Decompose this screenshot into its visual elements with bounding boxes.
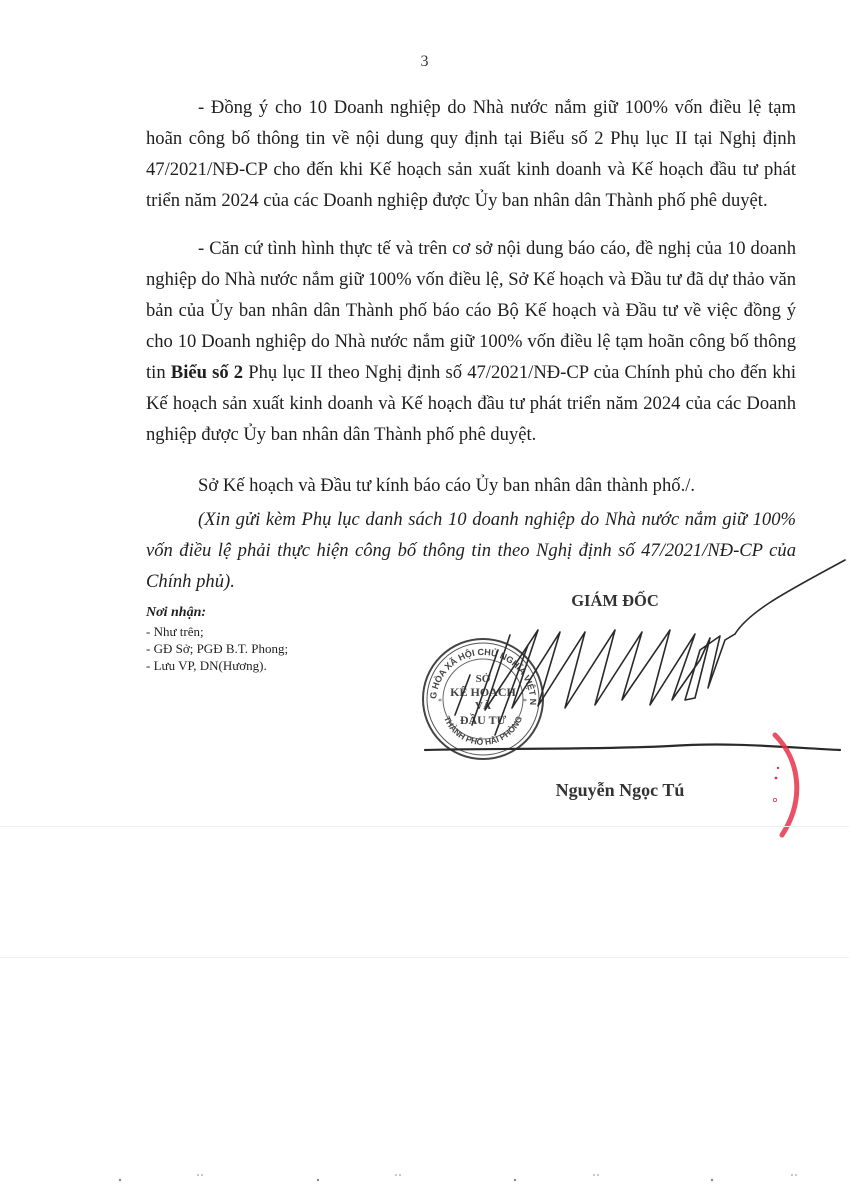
paragraph-report: Sở Kế hoạch và Đầu tư kính báo cáo Ủy ba… <box>146 470 796 501</box>
recipients-title: Nơi nhận: <box>146 604 288 621</box>
recipient-item: - GĐ Sở; PGĐ B.T. Phong; <box>146 640 288 657</box>
paragraph-basis-bold: Biểu số 2 <box>171 362 243 383</box>
paragraph-basis-text-2: Phụ lục II theo Nghị định số 47/2021/NĐ-… <box>146 362 796 445</box>
paragraph-basis: - Căn cứ tình hình thực tế và trên cơ sở… <box>146 233 796 450</box>
paragraph-approval: - Đồng ý cho 10 Doanh nghiệp do Nhà nước… <box>146 92 796 216</box>
scan-artifact-line <box>0 957 849 958</box>
signer-name: Nguyễn Ngọc Tú <box>520 780 720 801</box>
scan-artifact-dots <box>0 1170 849 1190</box>
recipients-block: Nơi nhận: - Như trên; - GĐ Sở; PGĐ B.T. … <box>146 604 288 674</box>
recipient-item: - Lưu VP, DN(Hương). <box>146 657 288 674</box>
scan-artifact-line <box>0 826 849 827</box>
red-seal-fragment-icon <box>760 730 820 840</box>
page-number: 3 <box>0 53 849 71</box>
recipient-item: - Như trên; <box>146 623 288 640</box>
